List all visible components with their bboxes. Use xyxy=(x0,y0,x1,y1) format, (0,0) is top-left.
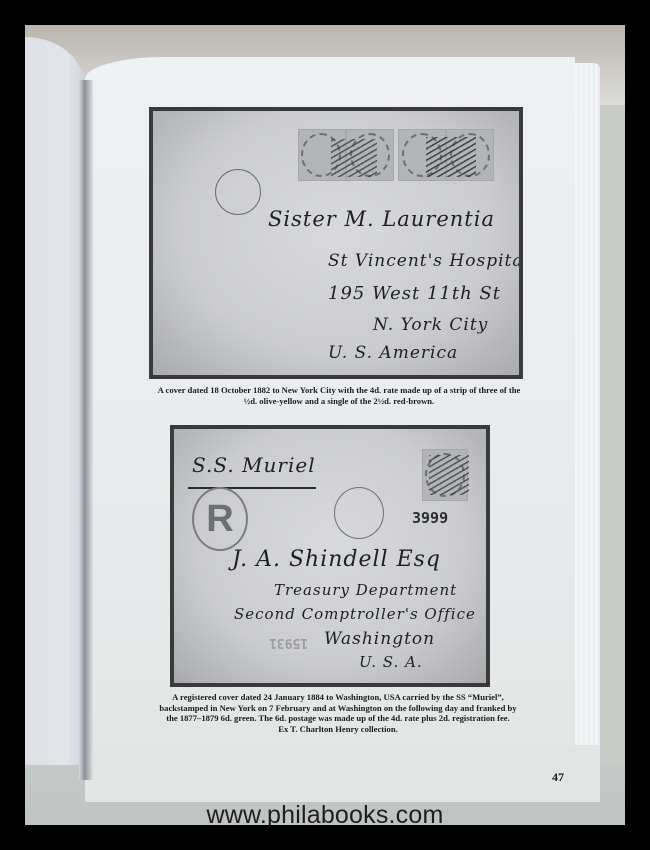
faint-backstamp-number: 15931 xyxy=(269,635,308,650)
left-page xyxy=(25,37,85,797)
address-line: Washington xyxy=(324,629,435,649)
underline xyxy=(188,487,316,489)
address-line: Second Comptroller's Office xyxy=(234,605,476,623)
address-line: U. S. America xyxy=(328,343,458,363)
watermark-url: www.philabooks.com xyxy=(25,801,625,825)
book-photo: Sister M. Laurentia St Vincent's Hospita… xyxy=(25,25,625,825)
book-gutter xyxy=(79,80,93,780)
address-line: U. S. A. xyxy=(359,653,423,671)
caption-line: the 1877–1879 6d. green. The 6d. postage… xyxy=(128,713,548,724)
caption-line: A registered cover dated 24 January 1884… xyxy=(128,692,548,703)
figure-caption-1: A cover dated 18 October 1882 to New Yor… xyxy=(143,385,535,406)
killer-cancel xyxy=(429,455,469,495)
datestamp xyxy=(215,169,261,215)
registration-number: 3999 xyxy=(412,509,448,527)
datestamp xyxy=(334,487,384,539)
cover-image-1: Sister M. Laurentia St Vincent's Hospita… xyxy=(149,107,523,379)
caption-line: backstamped in New York on 7 February an… xyxy=(128,703,548,714)
address-line: J. A. Shindell Esq xyxy=(232,547,441,572)
ship-endorsement: S.S. Muriel xyxy=(192,453,316,477)
caption-line: A cover dated 18 October 1882 to New Yor… xyxy=(143,385,535,396)
address-line: 195 West 11th St xyxy=(328,283,501,304)
address-line: Sister M. Laurentia xyxy=(268,207,495,231)
figure-caption-2: A registered cover dated 24 January 1884… xyxy=(128,692,548,734)
killer-cancel xyxy=(331,139,377,177)
cover-image-2: S.S. Muriel R 3999 J. A. Shindell Esq Tr… xyxy=(170,425,490,687)
caption-line: ½d. olive-yellow and a single of the 2½d… xyxy=(143,396,535,407)
caption-line: Ex T. Charlton Henry collection. xyxy=(128,724,548,735)
registration-oval: R xyxy=(192,487,248,551)
right-page-bottom xyxy=(85,745,600,802)
killer-cancel xyxy=(426,137,476,177)
address-line: Treasury Department xyxy=(274,581,457,599)
address-line: N. York City xyxy=(373,315,488,335)
page-number: 47 xyxy=(552,770,564,785)
address-line: St Vincent's Hospital xyxy=(328,251,523,271)
